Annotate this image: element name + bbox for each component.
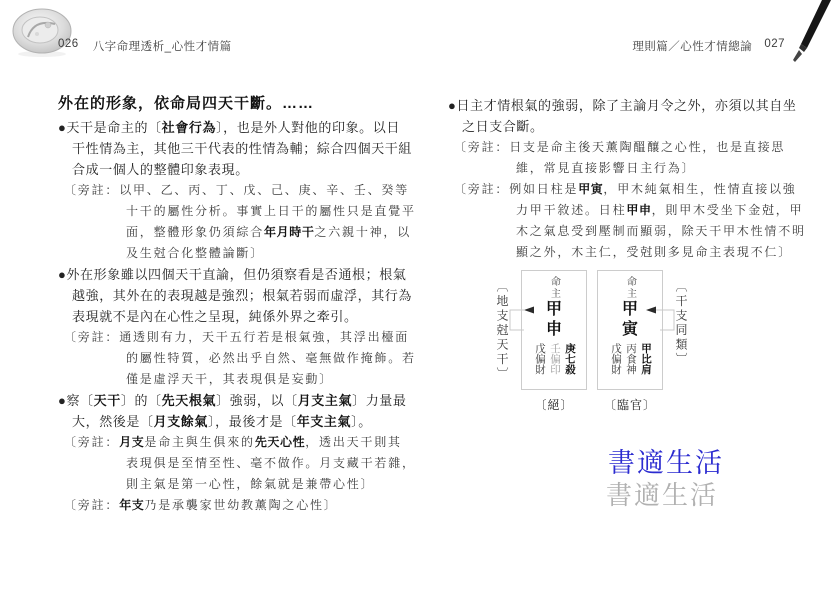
text-block-note: 〔旁註：年支乃是承襲家世幼教薰陶之心性〕: [58, 495, 400, 516]
text-line: 外在的形象，依命局四天干斷。……: [58, 92, 400, 116]
text-line: 〔旁註：月支是命主與生俱來的先天心性，透出天干則其: [58, 432, 400, 453]
text-line: 〔旁註：日支是命主後天薰陶醞釀之心性，也是直接思: [448, 137, 794, 158]
text-line: 合成一個人的整體印象表現。: [58, 159, 400, 180]
text-line: 十干的屬性分析。事實上日干的屬性只是直覺平: [58, 201, 400, 222]
right-page-text-column: ●日主才情根氣的強弱，除了主論月令之外，亦須以其自坐之日支合斷。〔旁註：日支是命…: [448, 95, 794, 263]
day-branch: 申: [546, 320, 562, 340]
text-line: 木之氣息受到壓制而顯弱，除天干甲木性情不明: [448, 221, 794, 242]
text-block-note: 〔旁註：例如日柱是甲寅，甲木純氣相生，性情直接以強力甲干敘述。日柱甲申，則甲木受…: [448, 179, 794, 263]
text-line: 之日支合斷。: [448, 116, 794, 137]
watermark-gray: 書適生活: [606, 475, 718, 512]
pen-icon: [780, 0, 838, 64]
text-line: 維，常見直接影響日主行為〕: [448, 158, 794, 179]
book-title: 八字命理透析_心性才情篇: [93, 38, 232, 54]
pillar-jia-shen: 命主 甲 申 戊偏財 壬偏印 庚七殺 〔絕〕: [521, 270, 587, 413]
text-line: 力甲干敘述。日柱甲申，則甲木受坐下金尅，甲: [448, 200, 794, 221]
day-stem: 甲: [622, 300, 638, 320]
hidden-stem-column: 戊偏財: [533, 343, 545, 375]
running-head-right: 理則篇／心性才情總論 027: [632, 38, 785, 54]
owner-label: 命主: [623, 276, 638, 300]
day-stem: 甲: [546, 300, 562, 320]
text-block-note: 〔旁註：通透則有力，天干五行若是根氣強，其浮出檯面的屬性特質，必然出乎自然、毫無…: [58, 327, 400, 390]
text-line: ●外在形象雖以四個天干直論，但仍須察看是否通根；根氣: [58, 264, 400, 285]
text-block-heading: 外在的形象，依命局四天干斷。……: [58, 92, 400, 116]
text-line: 面，整體形象仍須綜合年月時干之六親十神，以: [58, 222, 400, 243]
chapter-title: 理則篇／心性才情總論: [632, 38, 752, 54]
text-line: 〔旁註：以甲、乙、丙、丁、戊、己、庚、辛、壬、癸等: [58, 180, 400, 201]
hidden-stem-column: 甲比肩: [639, 343, 651, 375]
text-line: 大，然後是〔月支餘氣〕，最後才是〔年支主氣〕。: [58, 411, 400, 432]
pillar-box-jia-shen: 命主 甲 申 戊偏財 壬偏印 庚七殺: [521, 270, 587, 390]
text-block-note: 〔旁註：月支是命主與生俱來的先天心性，透出天干則其表現俱是至情至性、毫不做作。月…: [58, 432, 400, 495]
running-head-left: 026 八字命理透析_心性才情篇: [58, 38, 232, 54]
page-number-right: 027: [764, 38, 785, 54]
owner-label: 命主: [547, 276, 562, 300]
text-block-bullet: ●外在形象雖以四個天干直論，但仍須察看是否通根；根氣越強，其外在的表現越是強烈；…: [58, 264, 400, 327]
text-line: 則主氣是第一心性，餘氣就是兼帶心性〕: [58, 474, 400, 495]
text-line: 〔旁註：例如日柱是甲寅，甲木純氣相生，性情直接以強: [448, 179, 794, 200]
hidden-stem-column: 壬偏印: [548, 343, 560, 375]
branch-supports-stem-arrow-icon: [646, 302, 682, 342]
text-block-bullet: ●日主才情根氣的強弱，除了主論月令之外，亦須以其自坐之日支合斷。: [448, 95, 794, 137]
left-page-text-column: 外在的形象，依命局四天干斷。……●天干是命主的〔社會行為〕，也是外人對他的印象。…: [58, 92, 400, 516]
text-line: 干性情為主，其他三干代表的性情為輔；綜合四個天干組: [58, 138, 400, 159]
text-block-bullet: ●察〔天干〕的〔先天根氣〕強弱，以〔月支主氣〕力量最大，然後是〔月支餘氣〕，最後…: [58, 390, 400, 432]
text-block-bullet: ●天干是命主的〔社會行為〕，也是外人對他的印象。以日干性情為主，其他三干代表的性…: [58, 117, 400, 180]
text-line: ●日主才情根氣的強弱，除了主論月令之外，亦須以其自坐: [448, 95, 794, 116]
text-line: 越強，其外在的表現越是強烈；根氣若弱而虛浮，其行為: [58, 285, 400, 306]
pillar-stage-caption: 〔臨官〕: [604, 396, 656, 413]
hidden-stem-column: 戊偏財: [609, 343, 621, 375]
text-line: ●天干是命主的〔社會行為〕，也是外人對他的印象。以日: [58, 117, 400, 138]
hidden-stem-column: 丙食神: [624, 343, 636, 375]
text-block-note: 〔旁註：以甲、乙、丙、丁、戊、己、庚、辛、壬、癸等十干的屬性分析。事實上日干的屬…: [58, 180, 400, 264]
text-line: 及生尅合化整體論斷〕: [58, 243, 400, 264]
hidden-stems: 戊偏財 丙食神 甲比肩: [609, 343, 651, 375]
pillar-box-jia-yin: 命主 甲 寅 戊偏財 丙食神 甲比肩: [597, 270, 663, 390]
hidden-stem-column: 庚七殺: [563, 343, 575, 375]
pillar-jia-yin: 命主 甲 寅 戊偏財 丙食神 甲比肩 〔臨官〕: [597, 270, 663, 413]
hidden-stems: 戊偏財 壬偏印 庚七殺: [533, 343, 575, 375]
text-line: 表現俱是至情至性、毫不做作。月支藏干若雜，: [58, 453, 400, 474]
page-number-left: 026: [58, 38, 79, 54]
text-line: 顯之外，木主仁，受尅則多見命主表現不仁〕: [448, 242, 794, 263]
day-pillar-diagram: 〔地支尅天干〕 命主 甲 申 戊偏財 壬偏印 庚七殺 〔絕〕 命主 甲: [494, 270, 690, 413]
text-line: 表現就不是內在心性之呈現，純係外界之牽引。: [58, 306, 400, 327]
text-block-note: 〔旁註：日支是命主後天薰陶醞釀之心性，也是直接思維，常見直接影響日主行為〕: [448, 137, 794, 179]
text-line: 〔旁註：年支乃是承襲家世幼教薰陶之心性〕: [58, 495, 400, 516]
text-line: 的屬性特質，必然出乎自然、毫無做作掩飾。若: [58, 348, 400, 369]
day-branch: 寅: [622, 320, 638, 340]
text-line: 〔旁註：通透則有力，天干五行若是根氣強，其浮出檯面: [58, 327, 400, 348]
pillar-stage-caption: 〔絕〕: [534, 396, 573, 413]
book-spread: { "header_left": {"page_number": "026", …: [0, 0, 840, 594]
text-line: ●察〔天干〕的〔先天根氣〕強弱，以〔月支主氣〕力量最: [58, 390, 400, 411]
branch-attacks-stem-arrow-icon: [504, 302, 540, 342]
text-line: 僅是虛浮天干，其表現俱是妄動〕: [58, 369, 400, 390]
